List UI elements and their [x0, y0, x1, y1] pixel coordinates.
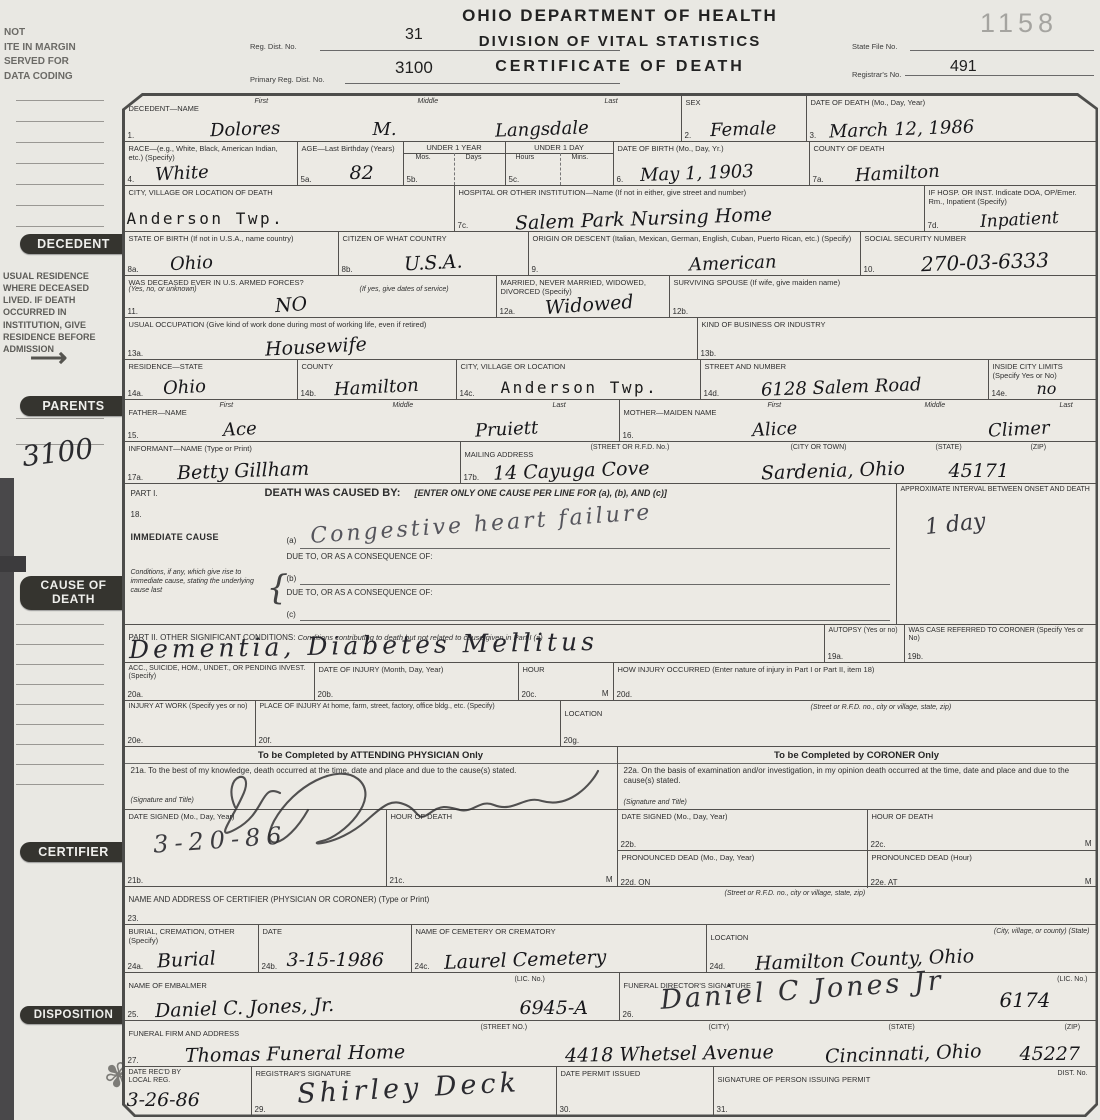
date-of-birth-value: May 1, 1903	[639, 161, 753, 186]
zip-sublabel: (ZIP)	[1031, 444, 1047, 451]
field-race: RACE—(e.g., White, Black, American India…	[125, 142, 298, 185]
scan-edge-band	[0, 478, 14, 1120]
margin-top-note-line: NOT	[4, 26, 76, 41]
firm-street-value: 4418 Whetsel Avenue	[564, 1041, 773, 1067]
certifier-name-address-label: NAME AND ADDRESS OF CERTIFIER (PHYSICIAN…	[129, 895, 430, 904]
signature-title-sublabel: (Signature and Title)	[624, 799, 687, 806]
field-number: 16.	[623, 431, 634, 440]
field-number: 14a.	[128, 389, 144, 398]
date-of-birth-label: DATE OF BIRTH (Mo., Day, Yr.)	[618, 144, 805, 153]
field-number: 15.	[128, 431, 139, 440]
field-number: 19a.	[828, 652, 844, 661]
field-injury-location: LOCATION (Street or R.F.D. no., city or …	[561, 701, 1096, 746]
cause-of-death-part1: APPROXIMATE INTERVAL BETWEEN ONSET AND D…	[125, 484, 1096, 625]
field-case-referred-coroner: WAS CASE REFERRED TO CORONER (Specify Ye…	[905, 625, 1096, 662]
decedent-first-value: Dolores	[209, 117, 280, 140]
caused-by-label: DEATH WAS CAUSED BY:	[265, 487, 401, 499]
institution-status-label: IF HOSP. OR INST. Indicate DOA, OP/Emer.…	[929, 188, 1092, 207]
field-number: 6.	[617, 175, 624, 184]
state-sublabel: (STATE)	[936, 444, 962, 451]
field-date-of-birth: DATE OF BIRTH (Mo., Day, Yr.) 6. May 1, …	[614, 142, 810, 185]
field-number: 26.	[623, 1010, 634, 1019]
industry-label: KIND OF BUSINESS OR INDUSTRY	[702, 320, 1092, 329]
origin-value: American	[688, 251, 776, 275]
citizen-of-value: U.S.A.	[403, 250, 463, 275]
field-number: 17b.	[464, 473, 480, 482]
field-number: 3.	[810, 131, 817, 140]
field-certifier-name-address: NAME AND ADDRESS OF CERTIFIER (PHYSICIAN…	[125, 887, 1096, 925]
field-number: 12a.	[500, 307, 516, 316]
field-number: 21b.	[128, 876, 144, 885]
field-permit-issuer-signature: SIGNATURE OF PERSON ISSUING PERMIT DIST.…	[714, 1067, 1096, 1115]
field-number: 14e.	[992, 389, 1008, 398]
cemetery-label: NAME OF CEMETERY OR CREMATORY	[416, 927, 702, 936]
field-marital-status: MARRIED, NEVER MARRIED, WIDOWED, DIVORCE…	[497, 276, 670, 317]
field-registrar-signature: REGISTRAR'S SIGNATURE 29. Shirley Deck	[252, 1067, 557, 1115]
embalmer-lic-value: 6945-A	[520, 997, 589, 1019]
brace: {	[267, 568, 289, 608]
field-date-permit-issued: DATE PERMIT ISSUED 30.	[557, 1067, 714, 1115]
ssn-label: SOCIAL SECURITY NUMBER	[865, 234, 1092, 243]
field-number: 20f.	[259, 736, 272, 745]
ssn-value: 270-03-6333	[920, 247, 1049, 275]
state-file-line	[910, 50, 1094, 51]
primary-reg-line	[345, 83, 620, 84]
pronounced-dead-hour-label: PRONOUNCED DEAD (Hour)	[872, 853, 1092, 862]
field-under-1-day: UNDER 1 DAY Hours Mins. 5c.	[506, 142, 614, 185]
margin-coding-line	[16, 205, 104, 206]
field-number: 5b.	[407, 175, 418, 184]
field-number: 18.	[131, 510, 142, 519]
first-sublabel: First	[255, 98, 269, 105]
hour-of-death-label: HOUR OF DEATH	[872, 812, 1092, 821]
days-sublabel: Days	[466, 154, 482, 161]
line-a-label: (a)	[287, 536, 297, 545]
field-number: 20a.	[128, 690, 144, 699]
mins-sublabel: Mins.	[572, 154, 589, 161]
field-residence-county: COUNTY 14b. Hamilton	[298, 360, 457, 399]
decedent-middle-value: M.	[373, 119, 397, 140]
margin-coding-line	[16, 100, 104, 101]
margin-top-note-line: DATA CODING	[4, 70, 76, 85]
certifier-name-address-cell: NAME AND ADDRESS OF CERTIFIER (PHYSICIAN…	[125, 887, 1096, 924]
residence-street-label: STREET AND NUMBER	[705, 362, 984, 371]
race-label: RACE—(e.g., White, Black, American India…	[129, 144, 293, 163]
attending-physician-signature	[180, 755, 610, 847]
margin-coding-line	[16, 184, 104, 185]
mailing-zip-value: 45171	[949, 460, 1009, 482]
margin-coding-line	[16, 163, 104, 164]
sex-label: SEX	[686, 98, 802, 107]
sex-value: Female	[709, 117, 776, 140]
date-of-death-label: DATE OF DEATH (Mo., Day, Year)	[811, 98, 1092, 107]
location-note: (Street or R.F.D. no., city or village, …	[811, 704, 952, 711]
field-pronounced-dead-hour: PRONOUNCED DEAD (Hour) 22e. AT M	[868, 851, 1096, 888]
meridiem-mark: M	[606, 875, 613, 884]
margin-tab-parents: PARENTS	[20, 396, 127, 416]
field-number: 19b.	[908, 652, 924, 661]
armed-forces-sub1: (Yes, no, or unknown)	[129, 286, 197, 293]
field-number: 1.	[128, 131, 135, 140]
field-number: 20b.	[318, 690, 334, 699]
residence-city-value: Anderson Twp.	[501, 378, 659, 397]
location-label: LOCATION	[565, 709, 603, 718]
firm-city-value: Cincinnati, Ohio	[824, 1040, 981, 1067]
funeral-firm-label: FUNERAL FIRM AND ADDRESS	[129, 1029, 240, 1038]
surviving-spouse-label: SURVIVING SPOUSE (If wife, give maiden n…	[674, 278, 1092, 287]
injury-at-work-label: INJURY AT WORK (Specify yes or no)	[129, 703, 251, 712]
field-number: 17a.	[128, 473, 144, 482]
field-citizen-of: CITIZEN OF WHAT COUNTRY 8b. U.S.A.	[339, 232, 529, 275]
city-sublabel: (CITY OR TOWN)	[791, 444, 847, 451]
coroner-statement: 22a. On the basis of examination and/or …	[618, 764, 1096, 790]
field-number: 7d.	[928, 221, 939, 230]
field-hospital: HOSPITAL OR OTHER INSTITUTION—Name (If n…	[455, 186, 925, 231]
field-funeral-firm: FUNERAL FIRM AND ADDRESS (STREET NO.) (C…	[125, 1021, 1096, 1066]
field-number: 5c.	[509, 175, 520, 184]
manner-label: ACC., SUICIDE, HOM., UNDET., OR PENDING …	[129, 665, 310, 683]
coroner-rows: DATE SIGNED (Mo., Day, Year) 22b. HOUR O…	[618, 809, 1096, 886]
field-burial-location: LOCATION (City, village, or county) (Sta…	[707, 925, 1096, 972]
certificate-form: DECEDENT—NAME First Middle Last 1. Dolor…	[122, 93, 1098, 1117]
mother-last-value: Climer	[987, 417, 1050, 441]
registrar-no-line	[905, 75, 1094, 76]
residence-county-label: COUNTY	[302, 362, 452, 371]
reg-dist-label: Reg. Dist. No.	[250, 42, 297, 51]
citizen-of-label: CITIZEN OF WHAT COUNTRY	[343, 234, 524, 243]
field-number: 5a.	[301, 175, 312, 184]
primary-reg-value: 3100	[395, 58, 433, 78]
field-hour-of-injury: HOUR 20c. M	[519, 663, 614, 700]
field-number: 20c.	[522, 690, 537, 699]
field-funeral-director-signature: FUNERAL DIRECTOR'S SIGNATURE (LIC. No.) …	[620, 973, 1096, 1020]
margin-coding-line	[16, 704, 104, 705]
lic-no-sublabel: (LIC. No.)	[515, 976, 545, 983]
state-file-label: State File No.	[852, 42, 897, 51]
inside-city-limits-value: no	[1037, 379, 1057, 398]
residence-county-value: Hamilton	[333, 374, 419, 399]
field-date-received: DATE REC'D BY LOCAL REG. 3-26-86	[125, 1067, 252, 1115]
margin-coding-line	[16, 664, 104, 665]
hour-label: HOUR	[523, 665, 609, 674]
field-number: 27.	[128, 1056, 139, 1065]
field-cemetery: NAME OF CEMETERY OR CREMATORY 24c. Laure…	[412, 925, 707, 972]
margin-top-note-line: ITE IN MARGIN	[4, 41, 76, 56]
burial-location-label: LOCATION	[711, 933, 749, 942]
field-place-of-injury: PLACE OF INJURY At home, farm, street, f…	[256, 701, 561, 746]
margin-arrow-icon: ⟶	[30, 342, 67, 373]
date-received-label: DATE REC'D BY LOCAL REG.	[129, 1069, 199, 1087]
dist-no-sublabel: DIST. No.	[1058, 1070, 1088, 1077]
field-date-signed-coroner: DATE SIGNED (Mo., Day, Year) 22b.	[618, 810, 868, 850]
informant-name-value: Betty Gillham	[176, 457, 309, 484]
firm-zip-value: 45227	[1020, 1043, 1080, 1065]
meridiem-mark: M	[1085, 877, 1092, 886]
coroner-section-header: To be Completed by CORONER Only	[618, 747, 1096, 764]
field-informant-name: INFORMANT—NAME (Type or Print) 17a. Bett…	[125, 442, 461, 483]
margin-handwritten-code: 3100	[20, 432, 95, 473]
last-sublabel: Last	[605, 98, 618, 105]
field-number: 13b.	[701, 349, 717, 358]
field-number: 31.	[717, 1105, 728, 1114]
field-origin: ORIGIN OR DESCENT (Italian, Mexican, Ger…	[529, 232, 861, 275]
line-c-rule	[300, 620, 890, 621]
margin-coding-line	[16, 684, 104, 685]
field-institution-status: IF HOSP. OR INST. Indicate DOA, OP/Emer.…	[925, 186, 1096, 231]
margin-coding-line	[16, 744, 104, 745]
burial-type-value: Burial	[156, 947, 216, 972]
field-state-of-birth: STATE OF BIRTH (If not in U.S.A., name c…	[125, 232, 339, 275]
hospital-label: HOSPITAL OR OTHER INSTITUTION—Name (If n…	[459, 188, 920, 197]
field-number: 2.	[685, 131, 692, 140]
field-number: 30.	[560, 1105, 571, 1114]
field-pronounced-dead-date: PRONOUNCED DEAD (Mo., Day, Year) 22d. ON	[618, 851, 868, 888]
mother-first-value: Alice	[751, 417, 797, 440]
registrar-no-value: 491	[950, 58, 977, 76]
residence-street-value: 6128 Salem Road	[760, 374, 921, 401]
field-under-1-year: UNDER 1 YEAR Mos. Days 5b.	[404, 142, 506, 185]
field-how-injury-occurred: HOW INJURY OCCURRED (Enter nature of inj…	[614, 663, 1096, 700]
field-number: 23.	[128, 914, 139, 923]
residence-state-value: Ohio	[162, 375, 206, 398]
funeral-director-lic-value: 6174	[1000, 988, 1051, 1012]
line-a-rule	[300, 548, 890, 549]
field-armed-forces: WAS DECEASED EVER IN U.S. ARMED FORCES? …	[125, 276, 497, 317]
field-number: 7c.	[458, 221, 469, 230]
state-of-birth-label: STATE OF BIRTH (If not in U.S.A., name c…	[129, 234, 334, 243]
state-of-birth-value: Ohio	[169, 251, 213, 274]
mailing-street-value: 14 Cayuga Cove	[492, 457, 649, 484]
age-label: AGE—Last Birthday (Years)	[302, 144, 399, 153]
burial-date-label: DATE	[263, 927, 407, 936]
margin-top-note: NOT ITE IN MARGIN SERVED FOR DATA CODING	[4, 26, 76, 84]
certifier-address-note: (Street or R.F.D. no., city or village, …	[725, 890, 866, 897]
due-to-label-2: DUE TO, OR AS A CONSEQUENCE OF:	[287, 588, 433, 597]
field-number: 24d.	[710, 962, 726, 971]
cause-line-a-value: Congestive heart failure	[309, 500, 653, 549]
middle-sublabel: Middle	[393, 402, 414, 409]
last-sublabel: Last	[1060, 402, 1073, 409]
field-burial-date: DATE 24b. 3-15-1986	[259, 925, 412, 972]
field-autopsy: AUTOPSY (Yes or no) 19a.	[825, 625, 905, 662]
coroner-section: To be Completed by CORONER Only 22a. On …	[618, 747, 1096, 886]
margin-coding-line	[16, 724, 104, 725]
field-sex: SEX 2. Female	[682, 96, 807, 141]
field-mother-name: MOTHER—MAIDEN NAME First Middle Last 16.…	[620, 400, 1096, 441]
field-number: 14c.	[460, 389, 475, 398]
armed-forces-value: NO	[274, 292, 308, 316]
date-of-death-value: March 12, 1986	[828, 116, 974, 142]
margin-tab-decedent: DECEDENT	[20, 234, 127, 254]
field-other-significant-conditions: PART II. OTHER SIGNIFICANT CONDITIONS: C…	[125, 625, 825, 662]
city-of-death-value: Anderson Twp.	[127, 209, 285, 228]
institution-status-value: Inpatient	[979, 207, 1059, 231]
caused-by-note: [ENTER ONLY ONE CAUSE PER LINE FOR (a), …	[415, 488, 667, 498]
meridiem-mark: M	[602, 689, 609, 698]
field-residence-city: CITY, VILLAGE OR LOCATION 14c. Anderson …	[457, 360, 701, 399]
date-signed-label: DATE SIGNED (Mo., Day, Year)	[622, 812, 863, 821]
margin-tab-cause: CAUSE OF DEATH	[20, 576, 127, 610]
immediate-cause-label: IMMEDIATE CAUSE	[131, 532, 219, 542]
field-residence-street: STREET AND NUMBER 14d. 6128 Salem Road	[701, 360, 989, 399]
field-number: 8a.	[128, 265, 139, 274]
margin-coding-line	[16, 226, 104, 227]
divider	[454, 153, 455, 185]
field-mailing-address: MAILING ADDRESS (STREET OR R.F.D. No.) (…	[461, 442, 1096, 483]
first-sublabel: First	[220, 402, 234, 409]
field-number: 22e. AT	[871, 878, 898, 887]
decedent-name-label: DECEDENT—NAME	[129, 104, 199, 113]
registrar-no-label: Registrar's No.	[852, 70, 901, 79]
interval-a-value: 1 day	[923, 508, 986, 539]
street-no-sublabel: (STREET NO.)	[481, 1024, 528, 1031]
burial-date-value: 3-15-1986	[287, 949, 384, 971]
field-ssn: SOCIAL SECURITY NUMBER 10. 270-03-6333	[861, 232, 1096, 275]
burial-type-label: BURIAL, CREMATION, OTHER (Specify)	[129, 927, 254, 946]
field-occupation: USUAL OCCUPATION (Give kind of work done…	[125, 318, 698, 359]
interval-label: APPROXIMATE INTERVAL BETWEEN ONSET AND D…	[897, 484, 1096, 497]
middle-sublabel: Middle	[925, 402, 946, 409]
field-number: 4.	[128, 175, 135, 184]
mailing-city-value: Sardenia, Ohio	[760, 457, 905, 484]
division-title: DIVISION OF VITAL STATISTICS	[340, 33, 900, 50]
field-industry: KIND OF BUSINESS OR INDUSTRY 13b.	[698, 318, 1096, 359]
field-number: 29.	[255, 1105, 266, 1114]
margin-coding-line	[16, 624, 104, 625]
race-value: White	[154, 161, 209, 185]
field-burial-type: BURIAL, CREMATION, OTHER (Specify) 24a. …	[125, 925, 259, 972]
field-number: 20d.	[617, 690, 633, 699]
field-injury-at-work: INJURY AT WORK (Specify yes or no) 20e.	[125, 701, 256, 746]
date-received-value: 3-26-86	[127, 1089, 200, 1111]
street-sublabel: (STREET OR R.F.D. No.)	[591, 444, 670, 451]
margin-coding-line	[16, 142, 104, 143]
age-value: 82	[350, 162, 374, 184]
zip-sublabel: (ZIP)	[1065, 1024, 1081, 1031]
state-sublabel: (STATE)	[889, 1024, 915, 1031]
burial-location-note: (City, village, or county) (State)	[994, 928, 1090, 935]
primary-reg-label: Primary Reg. Dist. No.	[250, 75, 325, 84]
interval-column: APPROXIMATE INTERVAL BETWEEN ONSET AND D…	[896, 484, 1096, 624]
field-number: 20g.	[564, 736, 580, 745]
field-manner-of-death: ACC., SUICIDE, HOM., UNDET., OR PENDING …	[125, 663, 315, 700]
occupation-label: USUAL OCCUPATION (Give kind of work done…	[129, 320, 693, 329]
margin-coding-line	[16, 784, 104, 785]
field-number: 8b.	[342, 265, 353, 274]
field-number: 14b.	[301, 389, 317, 398]
field-number: 22d. ON	[621, 878, 651, 887]
field-county-of-death: COUNTY OF DEATH 7a. Hamilton	[810, 142, 1096, 185]
margin-top-note-line: SERVED FOR	[4, 55, 76, 70]
field-number: 11.	[128, 307, 139, 316]
first-sublabel: First	[768, 402, 782, 409]
residence-state-label: RESIDENCE—STATE	[129, 362, 293, 371]
field-city-of-death: CITY, VILLAGE OR LOCATION OF DEATH Ander…	[125, 186, 455, 231]
margin-coding-line	[16, 418, 104, 419]
hospital-value: Salem Park Nursing Home	[514, 203, 772, 234]
date-permit-issued-label: DATE PERMIT ISSUED	[561, 1069, 709, 1078]
inside-city-limits-label: INSIDE CITY LIMITS (Specify Yes or No)	[993, 362, 1092, 381]
line-b-rule	[300, 584, 890, 585]
pronounced-dead-date-label: PRONOUNCED DEAD (Mo., Day, Year)	[622, 853, 863, 862]
field-number: 22c.	[871, 840, 886, 849]
reg-dist-value: 31	[405, 26, 423, 44]
field-number: 14d.	[704, 389, 720, 398]
margin-tab-disposition: DISPOSITION	[20, 1006, 127, 1024]
field-number: 24a.	[128, 962, 144, 971]
funeral-director-signature-value: Daniel C Jones Jr	[659, 965, 944, 1016]
armed-forces-sub2: (If yes, give dates of service)	[360, 286, 449, 293]
middle-sublabel: Middle	[418, 98, 439, 105]
field-number: 20e.	[128, 736, 144, 745]
margin-coding-line	[16, 121, 104, 122]
permit-issuer-label: SIGNATURE OF PERSON ISSUING PERMIT	[718, 1075, 871, 1084]
hours-sublabel: Hours	[516, 154, 535, 161]
field-father-name: FATHER—NAME First Middle Last 15. Ace Pr…	[125, 400, 620, 441]
field-number: 24c.	[415, 962, 430, 971]
reg-dist-line	[320, 50, 620, 51]
meridiem-mark: M	[1085, 839, 1092, 848]
state-file-stamp: 1158	[980, 8, 1058, 39]
field-number: 13a.	[128, 349, 144, 358]
field-surviving-spouse: SURVIVING SPOUSE (If wife, give maiden n…	[670, 276, 1096, 317]
line-b-label: (b)	[287, 574, 297, 583]
divider	[560, 153, 561, 185]
conditions-note: Conditions, if any, which give rise to i…	[131, 568, 261, 596]
margin-coding-line	[16, 764, 104, 765]
field-number: 24b.	[262, 962, 278, 971]
embalmer-label: NAME OF EMBALMER	[129, 981, 207, 990]
embalmer-value: Daniel C. Jones, Jr.	[154, 993, 334, 1021]
field-number: 12b.	[673, 307, 689, 316]
occupation-value: Housewife	[264, 333, 367, 360]
mos-sublabel: Mos.	[416, 154, 431, 161]
field-residence-state: RESIDENCE—STATE 14a. Ohio	[125, 360, 298, 399]
field-number: 25.	[128, 1010, 139, 1019]
field-number: 7a.	[813, 175, 824, 184]
mailing-address-label: MAILING ADDRESS	[465, 450, 534, 459]
father-first-value: Ace	[222, 418, 257, 441]
field-number: 21c.	[390, 876, 405, 885]
decedent-last-value: Langsdale	[494, 117, 588, 141]
attending-physician-section: To be Completed by ATTENDING PHYSICIAN O…	[125, 747, 618, 886]
field-inside-city-limits: INSIDE CITY LIMITS (Specify Yes or No) 1…	[989, 360, 1096, 399]
city-sublabel: (CITY)	[709, 1024, 730, 1031]
field-number: 22b.	[621, 840, 637, 849]
field-hour-of-death-coroner: HOUR OF DEATH 22c. M	[868, 810, 1096, 850]
due-to-label-1: DUE TO, OR AS A CONSEQUENCE OF:	[287, 552, 433, 561]
how-injury-label: HOW INJURY OCCURRED (Enter nature of inj…	[618, 665, 1092, 674]
part1-label: PART I.	[131, 489, 158, 498]
field-number: 10.	[864, 265, 875, 274]
field-decedent-name: DECEDENT—NAME First Middle Last 1. Dolor…	[125, 96, 682, 141]
funeral-firm-value: Thomas Funeral Home	[184, 1041, 405, 1067]
father-last-value: Pruiett	[474, 417, 538, 441]
coroner-referred-label: WAS CASE REFERRED TO CORONER (Specify Ye…	[909, 627, 1092, 645]
origin-label: ORIGIN OR DESCENT (Italian, Mexican, Ger…	[533, 234, 856, 243]
informant-name-label: INFORMANT—NAME (Type or Print)	[129, 444, 456, 453]
scan-edge-notch	[0, 556, 26, 572]
father-name-label: FATHER—NAME	[129, 408, 187, 417]
field-date-of-injury: DATE OF INJURY (Month, Day, Year) 20b.	[315, 663, 519, 700]
autopsy-label: AUTOPSY (Yes or no)	[829, 627, 900, 636]
field-age: AGE—Last Birthday (Years) 5a. 82	[298, 142, 404, 185]
field-embalmer: NAME OF EMBALMER (LIC. No.) 25. Daniel C…	[125, 973, 620, 1020]
line-c-label: (c)	[287, 610, 296, 619]
cemetery-value: Laurel Cemetery	[443, 946, 606, 974]
mother-name-label: MOTHER—MAIDEN NAME	[624, 408, 717, 417]
dept-title: OHIO DEPARTMENT OF HEALTH	[340, 6, 900, 26]
